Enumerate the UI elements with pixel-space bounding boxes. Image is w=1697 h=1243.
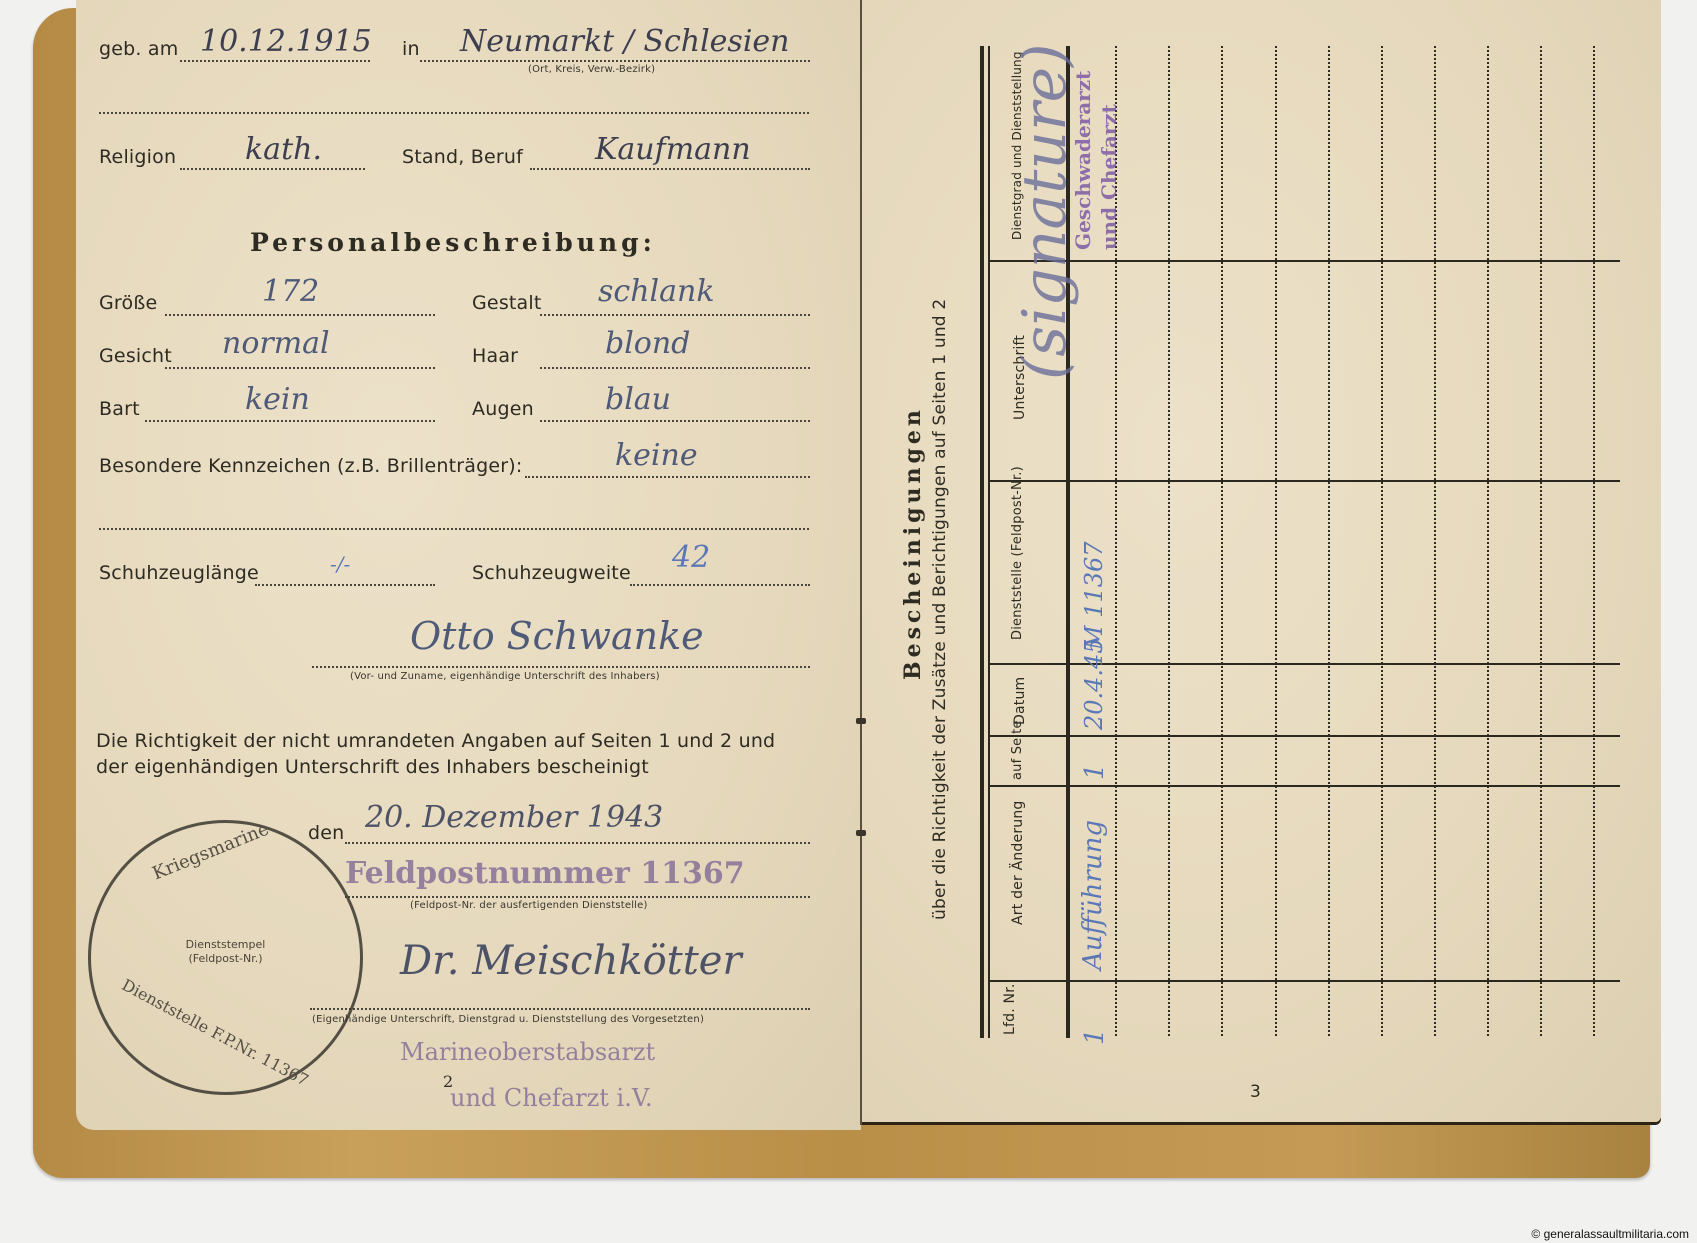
table-border [980,46,984,1038]
staple [856,830,866,836]
birthplace-value: Neumarkt / Schlesien [460,24,790,59]
dotted-line [420,60,810,62]
dotted-line [630,584,810,586]
dotted-line [165,314,435,316]
header-seite: auf Seite [1010,720,1025,780]
field-value: normal [222,326,330,361]
dotted-line [180,168,365,170]
field-value: blau [605,382,671,417]
shoe-length-value: -/- [330,552,350,576]
dotted-line [525,476,810,478]
entry-column [1328,46,1330,1036]
entry-column [1275,46,1277,1036]
row-1-art: Aufführung [1078,820,1108,970]
header-art: Art der Änderung [1010,800,1026,925]
holder-signature-hint: (Vor- und Zuname, eigenhändige Unterschr… [350,671,660,682]
certification-line-1: Die Richtigkeit der nicht umrandeten Ang… [96,730,775,752]
entry-column [1221,46,1223,1036]
officer-hint: (Eigenhändige Unterschrift, Dienstgrad u… [312,1014,704,1025]
field-label: Gestalt [472,292,542,314]
dotted-line [540,420,810,422]
dotted-line [180,60,370,62]
born-label: geb. am [99,38,178,60]
born-value: 10.12.1915 [200,24,372,59]
dotted-line [99,112,809,114]
field-value: kein [245,382,310,417]
dotted-line [99,528,809,530]
page-number-right: 3 [1250,1082,1261,1102]
religion-value: kath. [245,132,322,167]
copyright-notice: © generalassaultmilitaria.com [1531,1227,1689,1241]
row-1-seite: 1 [1080,763,1110,780]
seal-center-line-1: Dienststempel [166,938,286,952]
feldpost-hint: (Feldpost-Nr. der ausfertigenden Diensts… [410,900,648,911]
dotted-line [540,314,810,316]
field-label: Größe [99,292,157,314]
field-label: Bart [99,398,140,420]
staple [856,718,866,724]
date-value: 20. Dezember 1943 [365,800,663,835]
certification-line-2: der eigenhändigen Unterschrift des Inhab… [96,756,649,778]
dotted-line [540,367,810,369]
row-1-datum: 20.4.45 [1080,638,1108,730]
field-value: 172 [262,274,319,309]
row-1-dienststelle: M 11367 [1080,541,1108,650]
dotted-line [165,367,435,369]
special-marks-label: Besondere Kennzeichen (z.B. Brillenträge… [99,455,522,477]
page-number-left: 2 [443,1072,453,1091]
entry-column [1487,46,1489,1036]
place-hint: (Ort, Kreis, Verw.-Bezirk) [528,64,655,75]
field-label: Gesicht [99,345,172,367]
date-label: den [308,822,344,844]
row-divider [990,480,1620,482]
rank-stamp-line-2: und Chefarzt i.V. [450,1084,653,1112]
dotted-line [145,420,435,422]
seal-center-line-2: (Feldpost-Nr.) [166,952,286,966]
row-1-dienstgrad: Geschwaderarzt und Chefarzt [1070,30,1122,250]
table-border [988,46,990,1038]
entry-column [1434,46,1436,1036]
dotted-line [345,896,810,898]
row-divider [990,980,1620,982]
feldpost-stamp: Feldpostnummer 11367 [345,856,745,891]
header-datum: Datum [1012,677,1028,725]
dotted-line [530,168,810,170]
shoe-width-value: 42 [672,540,710,575]
entry-column [1540,46,1542,1036]
officer-signature: Dr. Meischkötter [400,938,742,984]
booklet-spine [860,0,862,1125]
header-lfd-nr: Lfd. Nr. [1002,983,1018,1035]
row-divider [990,785,1620,787]
table-title: Bescheinigungen [900,406,926,680]
row-1-lfd-nr: 1 [1080,1028,1110,1045]
field-value: schlank [598,274,715,309]
table-subtitle: über die Richtigkeit der Zusätze und Ber… [930,299,950,920]
header-dienststelle: Dienststelle (Feldpost-Nr.) [1010,466,1025,640]
rank-stamp-line-1: Marineoberstabsarzt [400,1038,655,1066]
profession-value: Kaufmann [595,132,751,167]
profession-label: Stand, Beruf [402,146,523,168]
in-label: in [402,38,420,60]
dotted-line [255,584,435,586]
official-seal: Kriegsmarine Dienststelle F.P.Nr. 11367 … [88,820,363,1095]
entry-column [1381,46,1383,1036]
field-label: Haar [472,345,518,367]
holder-signature: Otto Schwanke [410,614,704,658]
dotted-line [345,842,810,844]
shoe-length-label: Schuhzeuglänge [99,562,259,584]
shoe-width-label: Schuhzeugweite [472,562,631,584]
row-divider [990,735,1620,737]
row-divider [990,260,1620,262]
section-title: Personalbeschreibung: [250,228,656,257]
religion-label: Religion [99,146,176,168]
field-value: blond [605,326,690,361]
entry-column [1593,46,1595,1036]
field-label: Augen [472,398,534,420]
dotted-line [310,1008,810,1010]
seal-center: Dienststempel (Feldpost-Nr.) [166,938,286,978]
entry-column [1168,46,1170,1036]
special-marks-value: keine [615,438,698,473]
dotted-line [312,666,810,668]
